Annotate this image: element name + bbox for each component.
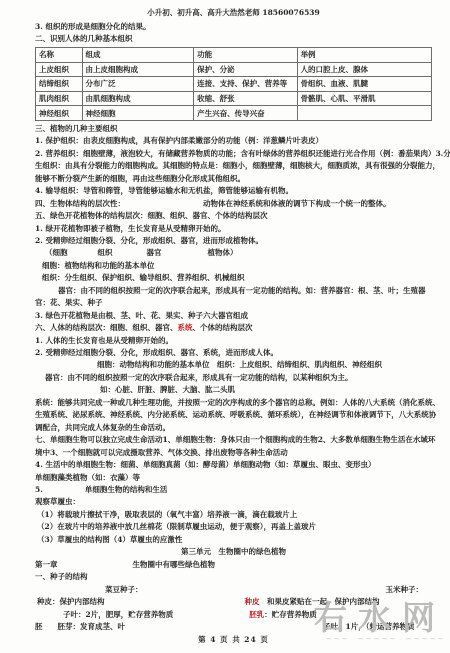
content-line: 生殖系统、泌尿系统、神经系统、内分泌系统、运动系统、呼吸系统、循环系统），在神经… — [35, 409, 432, 421]
text-segment: 单细胞生物的结构和生活 — [85, 485, 168, 494]
content-line: （2）在玻片中的培养液中放几丝棉花（限制草履虫运动，便于观察），再盖上盖玻片 — [35, 521, 432, 533]
content-line: 第三单元 生物圈中的绿色植物 — [35, 546, 432, 558]
text-segment: 境中3、一个细胞就可以完成摄取营养、气体交换、排出废物等各种生命活动 — [35, 448, 288, 457]
content-line: 七、单细胞生物可以独立完成生命活动1、单细胞生物：身体只由一个细胞构成的生物2、… — [35, 434, 432, 446]
text-segment: 器官：由不同的组织按照一定的次序联合起来，形成具有一定功能的结构。如：营养器官：… — [58, 286, 426, 295]
content-line: 六、人体的结构层次：细胞、组织、器官、系统、个体的结构层次 — [35, 322, 432, 334]
table-cell: 神经组织 — [36, 106, 83, 121]
table-header-cell: 组成 — [82, 47, 194, 62]
table-row: 上皮组织由上皮细胞构成保护、分泌人的口腔上皮、腺体 — [36, 62, 432, 77]
table-header-row: 名称组成功能举例 — [36, 47, 432, 62]
content-line: 系统：能够共同完成一种或几种生理功能，并按照一定的次序构成的多个器官的总称。例如… — [35, 397, 432, 409]
table-header-cell: 功能 — [194, 47, 297, 62]
text-segment: 如：心脏、肝脏、脾脏、大脑、肱二头肌 — [100, 385, 235, 394]
content-line: 官：花、果实、种子 — [35, 297, 432, 309]
content-line: 菜豆种子：玉米种子： — [35, 584, 432, 596]
text-segment: 动物体在神经系统和体液的调节下构成一个统一的整体。 — [203, 199, 391, 208]
table-cell: 产生兴奋、传导兴奋 — [194, 106, 297, 121]
text-segment: 五、绿色开花植物体的结构层次：细胞、组织、器官、个体的结构层次 — [35, 211, 268, 220]
content-line: 细胞：植物结构和功能的基本单位 — [35, 260, 432, 272]
text-segment: 、个体的结构层次 — [193, 323, 253, 332]
content-block-top: 3. 组织的形成是细胞分化的结果。二、识别人体的几种基本组织 — [35, 21, 432, 46]
content-line: 五、绿色开花植物体的结构层次：细胞、组织、器官、个体的结构层次 — [35, 210, 432, 222]
content-line: 3. 组织的形成是细胞分化的结果。 — [35, 21, 432, 33]
text-segment: 器官：由不同的组织按照一定的次序联合起来，形成具有一定功能的结构，以某种组织为主… — [45, 373, 353, 382]
text-segment: 3. 绿色开花植物是由根、茎、叶、花、果实、种子六大器官组成 — [35, 311, 248, 320]
text-segment: 一、种子的结构 — [35, 572, 88, 581]
content-line: 5.单细胞生物的结构和生活 — [35, 484, 432, 496]
text-segment: 子叶：2片，肥厚，贮存营养物质 — [63, 610, 173, 619]
content-line: 2. 营养组织：细胞壁薄，液泡较大，有储藏营养物质的功能；含有叶绿体的营养组织还… — [35, 148, 432, 160]
text-segment: 七、单细胞生物可以独立完成生命活动1、单细胞生物：身体只由一个细胞构成的生物2、… — [35, 435, 435, 444]
document-page: 小升初、初升高、高升大浩然老师 18560076539 3. 组织的形成是细胞分… — [0, 0, 450, 653]
text-segment: 1. 人体的生长发育也是从受精卵开始的。 — [35, 336, 173, 345]
content-line: 四、生物体结构的层次性：动物体在神经系统和体液的调节下构成一个统一的整体。 — [35, 198, 432, 210]
table-header-cell: 举例 — [297, 47, 431, 62]
text-segment: 单细胞藻类植物（如：衣藻）等 — [35, 473, 140, 482]
content-line: （1）将载玻片擦拭干净，吸取表层的（氧气丰富）培养液一滴，滴在载玻片上 — [35, 509, 432, 521]
table-cell: 分布广泛 — [82, 77, 194, 92]
text-segment: 植物体） — [208, 248, 238, 257]
table-cell: 连接、支持、保护、营养等 — [194, 77, 297, 92]
text-segment: 器官 — [147, 248, 162, 257]
content-line: 2. 受精卵经过细胞分裂、分化，形成组织、器官、系统，进而形成人体。 — [35, 347, 432, 359]
content-line: 子叶：2片，肥厚，贮存营养物质胚乳：贮存营养物质 — [35, 609, 432, 621]
text-segment: 组织 — [98, 248, 113, 257]
text-segment: 细胞：动物结构和功能的基本单位 组织：上皮组织、结缔组织、肌肉组织、神经组织 — [97, 360, 382, 369]
text-segment: 生组织：由具有分裂能力的细胞构成。其细胞的特点是：细胞小，细胞壁薄，细胞核大，细… — [35, 161, 440, 170]
table-cell — [297, 106, 431, 121]
table-cell: 结缔组织 — [36, 77, 83, 92]
text-segment: 4. 输导组织：导管和筛管，导管能够运输水和无机盐，筛管能够运输有机物。 — [35, 186, 293, 195]
table-row: 神经组织神经细胞产生兴奋、传导兴奋 — [36, 106, 432, 121]
text-segment: 4. 生活中的单细胞生物：细菌、单细胞真菌（如：酵母菌）单细胞动物（如：草履虫、… — [35, 460, 375, 469]
table-cell: 骨组织、血液、肌腱 — [297, 77, 431, 92]
text-segment: 生物圈中有哪些绿色植物 — [133, 560, 216, 569]
content-line: 3. 绿色开花植物是由根、茎、叶、花、果实、种子六大器官组成 — [35, 310, 432, 322]
content-line: 单细胞藻类植物（如：衣藻）等 — [35, 472, 432, 484]
text-segment: 生殖系统、泌尿系统、神经系统、内分泌系统、运动系统、呼吸系统、循环系统），在神经… — [35, 410, 436, 419]
table-cell: 肌肉组织 — [36, 91, 83, 106]
page-header-contact: 小升初、初升高、高升大浩然老师 18560076539 — [35, 7, 432, 18]
table-cell: 由上皮细胞构成 — [82, 62, 194, 77]
content-line: 4. 生活中的单细胞生物：细菌、单细胞真菌（如：酵母菌）单细胞动物（如：草履虫、… — [35, 459, 432, 471]
text-segment: 1. 保护组织：由表皮细胞构成，具有保护内部柔嫩部分的功能（例：洋葱鳞片叶表皮） — [35, 136, 323, 145]
content-line: 器官：由不同的组织按照一定的次序联合起来，形成具有一定功能的结构。如：营养器官：… — [35, 285, 432, 297]
table-row: 肌肉组织由肌细胞构成收缩、舒张骨骼肌、心肌、平滑肌 — [36, 91, 432, 106]
text-segment: （2）在玻片中的培养液中放几丝棉花（限制草履虫运动，便于观察），再盖上盖玻片 — [37, 522, 316, 531]
tissue-table: 名称组成功能举例上皮组织由上皮细胞构成保护、分泌人的口腔上皮、腺体结缔组织分布广… — [35, 47, 432, 121]
table-cell: 神经细胞 — [82, 106, 194, 121]
content-line: 如：心脏、肝脏、脾脏、大脑、肱二头肌 — [35, 384, 432, 396]
content-line: 能够不断分裂产生新的细胞，再由这些细胞分化形成其他组织。 — [35, 173, 432, 185]
text-segment: 组织：分生组织、保护组织、输导组织、营养组织、机械组织 — [42, 273, 245, 282]
content-line: 细胞：动物结构和功能的基本单位 组织：上皮组织、结缔组织、肌肉组织、神经组织 — [35, 359, 432, 371]
text-segment: （3）草履虫的结构图（4）草履虫的应激性 — [37, 535, 182, 544]
content-line: 种皮：保护内部结构种皮 和果皮紧贴在一起，保护内部结构 — [35, 596, 432, 608]
content-block-main: 三、植物的几种主要组织1. 保护组织：由表皮细胞构成，具有保护内部柔嫩部分的功能… — [35, 123, 432, 634]
table-cell: 由肌细胞构成 — [82, 91, 194, 106]
text-segment: 3. 组织的形成是细胞分化的结果。 — [35, 22, 150, 31]
content-line: 生组织：由具有分裂能力的细胞构成。其细胞的特点是：细胞小，细胞壁薄，细胞核大，细… — [35, 160, 432, 172]
content-line: 二、识别人体的几种基本组织 — [35, 33, 432, 45]
text-segment: 系统：能够共同完成一种或几种生理功能，并按照一定的次序构成的多个器官的总称。例如… — [35, 398, 440, 407]
text-segment: 调配合，共同完成人体复杂的生命活动。 — [35, 423, 170, 432]
text-segment: 四、生物体结构的层次性： — [35, 199, 125, 208]
content-line: 1. 人体的生长发育也是从受精卵开始的。 — [35, 335, 432, 347]
content-line: 境中3、一个细胞就可以完成摄取营养、气体交换、排出废物等各种生命活动 — [35, 447, 432, 459]
content-line: 2. 受精卵经过细胞分裂、分化，形成组织、器官，进而形成植物体。 — [35, 235, 432, 247]
highlighted-term: 种皮 — [245, 597, 260, 606]
table-header-cell: 名称 — [36, 47, 83, 62]
text-segment: 2. 受精卵经过细胞分裂、分化，形成组织、器官，进而形成植物体。 — [35, 236, 263, 245]
table-row: 结缔组织分布广泛连接、支持、保护、营养等骨组织、血液、肌腱 — [36, 77, 432, 92]
page-number: 第 4 页 共 24 页 — [35, 634, 432, 646]
text-segment: 三、植物的几种主要组织 — [35, 124, 118, 133]
text-segment: 六、人体的结构层次：细胞、组织、器官、 — [35, 323, 178, 332]
content-line: （3）草履虫的结构图（4）草履虫的应激性 — [35, 534, 432, 546]
text-segment: 二、识别人体的几种基本组织 — [35, 34, 133, 43]
table-cell: 保护、分泌 — [194, 62, 297, 77]
text-segment: （细胞 — [45, 248, 68, 257]
content-line: 组织：分生组织、保护组织、输导组织、营养组织、机械组织 — [35, 272, 432, 284]
content-line: 第一章生物圈中有哪些绿色植物 — [35, 559, 432, 571]
table-cell: 收缩、舒张 — [194, 91, 297, 106]
text-segment: （1）将载玻片擦拭干净，吸取表层的（氧气丰富）培养液一滴，滴在载玻片上 — [37, 510, 297, 519]
content-line: 一、种子的结构 — [35, 571, 432, 583]
content-line: 4. 输导组织：导管和筛管，导管能够运输水和无机盐，筛管能够运输有机物。 — [35, 185, 432, 197]
text-segment: 第三单元 生物圈中的绿色植物 — [181, 547, 286, 556]
content-line: 三、植物的几种主要组织 — [35, 123, 432, 135]
table-cell: 骨骼肌、心肌、平滑肌 — [297, 91, 431, 106]
content-line: 调配合，共同完成人体复杂的生命活动。 — [35, 422, 432, 434]
text-segment: 子叶：1片，（转运营养物质 — [323, 622, 414, 631]
content-line: 观察草履虫： — [35, 496, 432, 508]
text-segment: 和果皮紧贴在一起，保护内部结构 — [260, 597, 380, 606]
content-line: 器官：由不同的组织按照一定的次序联合起来，形成具有一定功能的结构，以某种组织为主… — [35, 372, 432, 384]
text-segment: 胚 胚芽：发育成茎、叶 — [35, 622, 125, 631]
text-segment: 官：花、果实、种子 — [35, 298, 103, 307]
highlighted-term: 系统 — [178, 323, 193, 332]
text-segment: 2. 营养组织：细胞壁薄，液泡较大，有储藏营养物质的功能；含有叶绿体的营养组织还… — [35, 149, 450, 158]
text-segment: 第一章 — [35, 560, 58, 569]
text-segment: 5. — [35, 485, 43, 494]
content-line: 1. 保护组织：由表皮细胞构成，具有保护内部柔嫩部分的功能（例：洋葱鳞片叶表皮） — [35, 135, 432, 147]
text-segment: 种皮：保护内部结构 — [37, 597, 105, 606]
content-line: （细胞组织器官植物体） — [35, 247, 432, 259]
text-segment: 2. 受精卵经过细胞分裂、分化，形成组织、器官、系统，进而形成人体。 — [35, 348, 278, 357]
text-segment: 细胞：植物结构和功能的基本单位 — [42, 261, 155, 270]
content-line: 1. 绿开花植物即被子植物，生长发育是从受精卵开始的。 — [35, 223, 432, 235]
text-segment: 能够不断分裂产生新的细胞，再由这些细胞分化形成其他组织。 — [35, 174, 245, 183]
text-segment: 玉米种子： — [386, 585, 424, 594]
table-cell: 人的口腔上皮、腺体 — [297, 62, 431, 77]
highlighted-term: 胚乳 — [249, 610, 264, 619]
text-segment: 菜豆种子： — [105, 585, 143, 594]
text-segment: 1. 绿开花植物即被子植物，生长发育是从受精卵开始的。 — [35, 224, 225, 233]
content-line: 胚 胚芽：发育成茎、叶子叶：1片，（转运营养物质 — [35, 621, 432, 633]
text-segment: ：贮存营养物质 — [264, 610, 317, 619]
table-cell: 上皮组织 — [36, 62, 83, 77]
text-segment: 观察草履虫： — [35, 497, 80, 506]
